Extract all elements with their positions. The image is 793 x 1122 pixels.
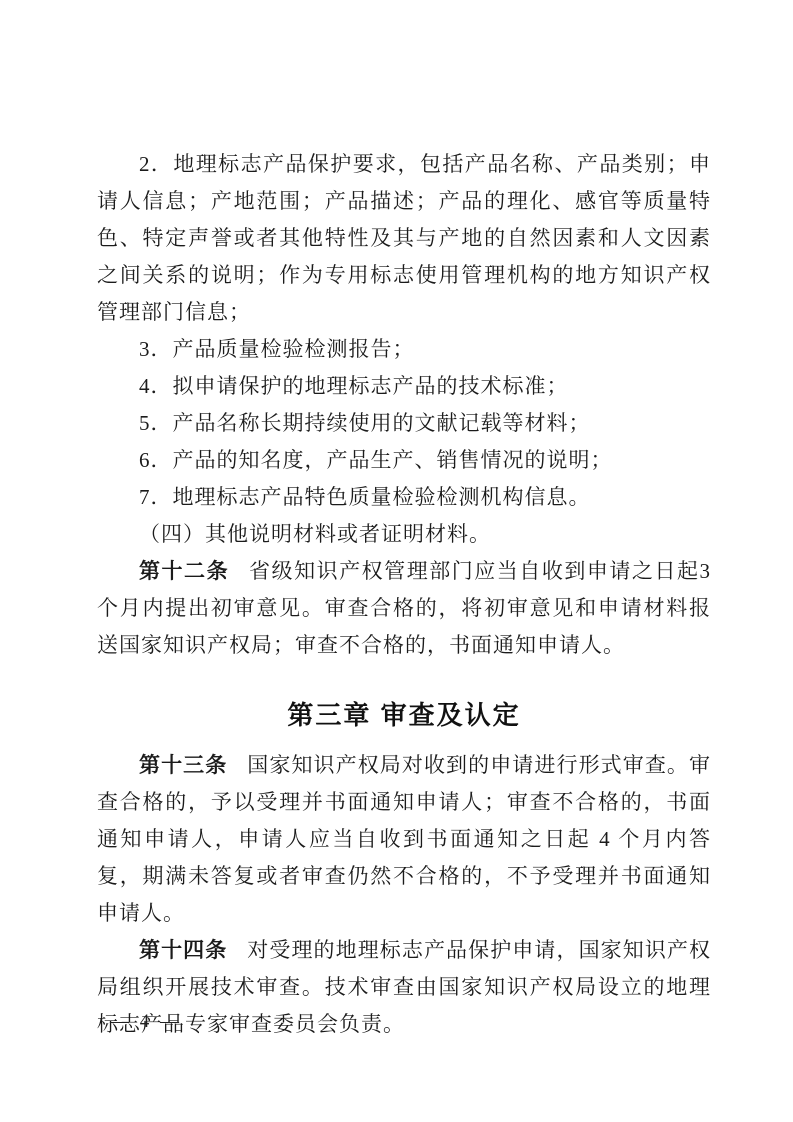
clause-item-3: 3．产品质量检验检测报告； [97,331,711,368]
clause-item-2: 2．地理标志产品保护要求，包括产品名称、产品类别；申请人信息；产地范围；产品描述… [97,146,711,331]
clause-item-7: 7．地理标志产品特色质量检验检测机构信息。 [97,479,711,516]
clause-item-other-materials: （四）其他说明材料或者证明材料。 [97,516,711,553]
clause-item-6: 6．产品的知名度，产品生产、销售情况的说明； [97,442,711,479]
document-body: 2．地理标志产品保护要求，包括产品名称、产品类别；申请人信息；产地范围；产品描述… [97,146,711,1043]
article-13-paragraph: 第十三条国家知识产权局对收到的申请进行形式审查。审查合格的，予以受理并书面通知申… [97,747,711,932]
clause-item-4: 4．拟申请保护的地理标志产品的技术标准； [97,368,711,405]
article-12-label: 第十二条 [139,560,229,583]
article-14-paragraph: 第十四条对受理的地理标志产品保护申请，国家知识产权局组织开展技术审查。技术审查由… [97,932,711,1043]
clause-item-5: 5．产品名称长期持续使用的文献记载等材料； [97,405,711,442]
article-13-text: 国家知识产权局对收到的申请进行形式审查。审查合格的，予以受理并书面通知申请人；审… [97,753,711,925]
page-number: — 4 — [110,1011,182,1033]
article-12-paragraph: 第十二条省级知识产权管理部门应当自收到申请之日起3个月内提出初审意见。审查合格的… [97,553,711,664]
article-14-label: 第十四条 [139,939,227,962]
article-13-label: 第十三条 [139,754,227,777]
document-page: 2．地理标志产品保护要求，包括产品名称、产品类别；申请人信息；产地范围；产品描述… [0,0,793,1122]
chapter-3-heading: 第三章 审查及认定 [97,699,711,731]
